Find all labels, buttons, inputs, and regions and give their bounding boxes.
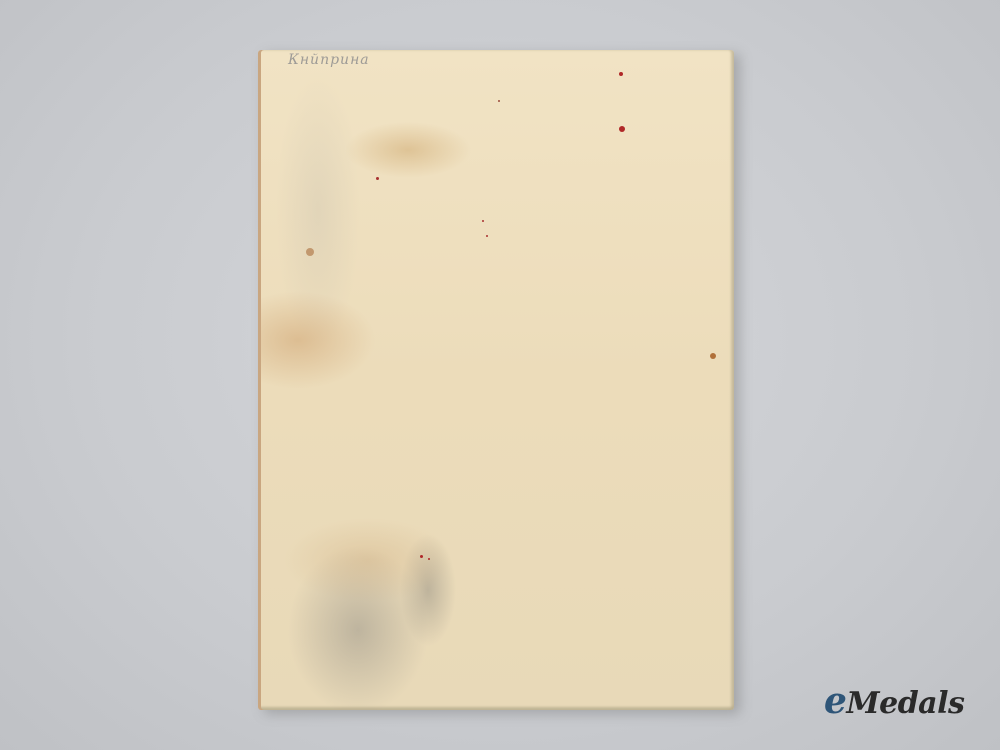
red-spot [619,72,623,76]
red-spot [428,558,430,560]
brown-spot [306,248,314,256]
red-spot [420,555,423,558]
logo-prefix: e [824,680,846,722]
red-spot [376,177,379,180]
emedals-logo: eMedals [824,680,964,722]
logo-name: Medals [846,686,964,721]
red-spot [482,220,484,222]
brown-spot [710,353,716,359]
red-spot [486,235,488,237]
handwritten-inscription: Кнйприна [288,52,370,68]
booklet-back-cover: Кнйприна [258,50,734,710]
red-spot [619,126,625,132]
red-spot [498,100,500,102]
